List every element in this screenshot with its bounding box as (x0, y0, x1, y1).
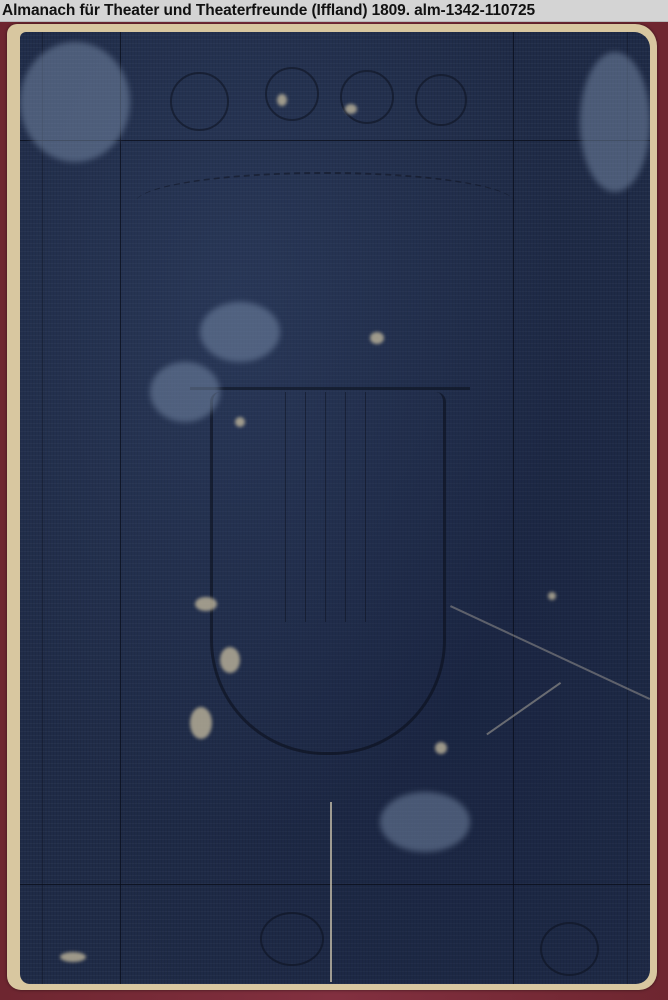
frame-line-left-outer (42, 32, 43, 984)
caption-text: Almanach für Theater und Theaterfreunde … (2, 0, 535, 21)
ornament-circle (260, 912, 324, 966)
wear-spot (60, 952, 86, 962)
lyre-crossbar (190, 387, 470, 390)
caption-bar: Almanach für Theater und Theaterfreunde … (0, 0, 668, 22)
crack (450, 605, 650, 700)
wear-area (580, 52, 650, 192)
ornament-circle (170, 72, 229, 131)
wear-spot (190, 707, 212, 739)
ornament-circle (415, 74, 467, 126)
wear-spot (235, 417, 245, 427)
wear-spot (277, 94, 287, 106)
lyre-string (325, 392, 326, 622)
wear-spot (370, 332, 384, 344)
vine-ornament (135, 172, 515, 234)
wear-spot (548, 592, 556, 600)
book-cover (20, 32, 650, 984)
lyre-string (345, 392, 346, 622)
wear-area (150, 362, 220, 422)
lyre-outline (210, 392, 446, 755)
crack (330, 802, 332, 982)
wear-spot (195, 597, 217, 611)
wear-spot (220, 647, 240, 673)
frame-line-right (513, 32, 514, 984)
ornament-circle (540, 922, 599, 976)
ornament-circle (340, 70, 394, 124)
wear-area (380, 792, 470, 852)
frame-line-bottom (20, 884, 650, 885)
wear-area (200, 302, 280, 362)
ornament-circle (265, 67, 319, 121)
wear-spot (435, 742, 447, 754)
crack (486, 682, 561, 735)
wear-area (20, 42, 130, 162)
book-photo (0, 22, 668, 1000)
wear-spot (345, 104, 357, 114)
frame-line-left (120, 32, 121, 984)
lyre-string (285, 392, 286, 622)
lyre-string (365, 392, 366, 622)
lyre-string (305, 392, 306, 622)
